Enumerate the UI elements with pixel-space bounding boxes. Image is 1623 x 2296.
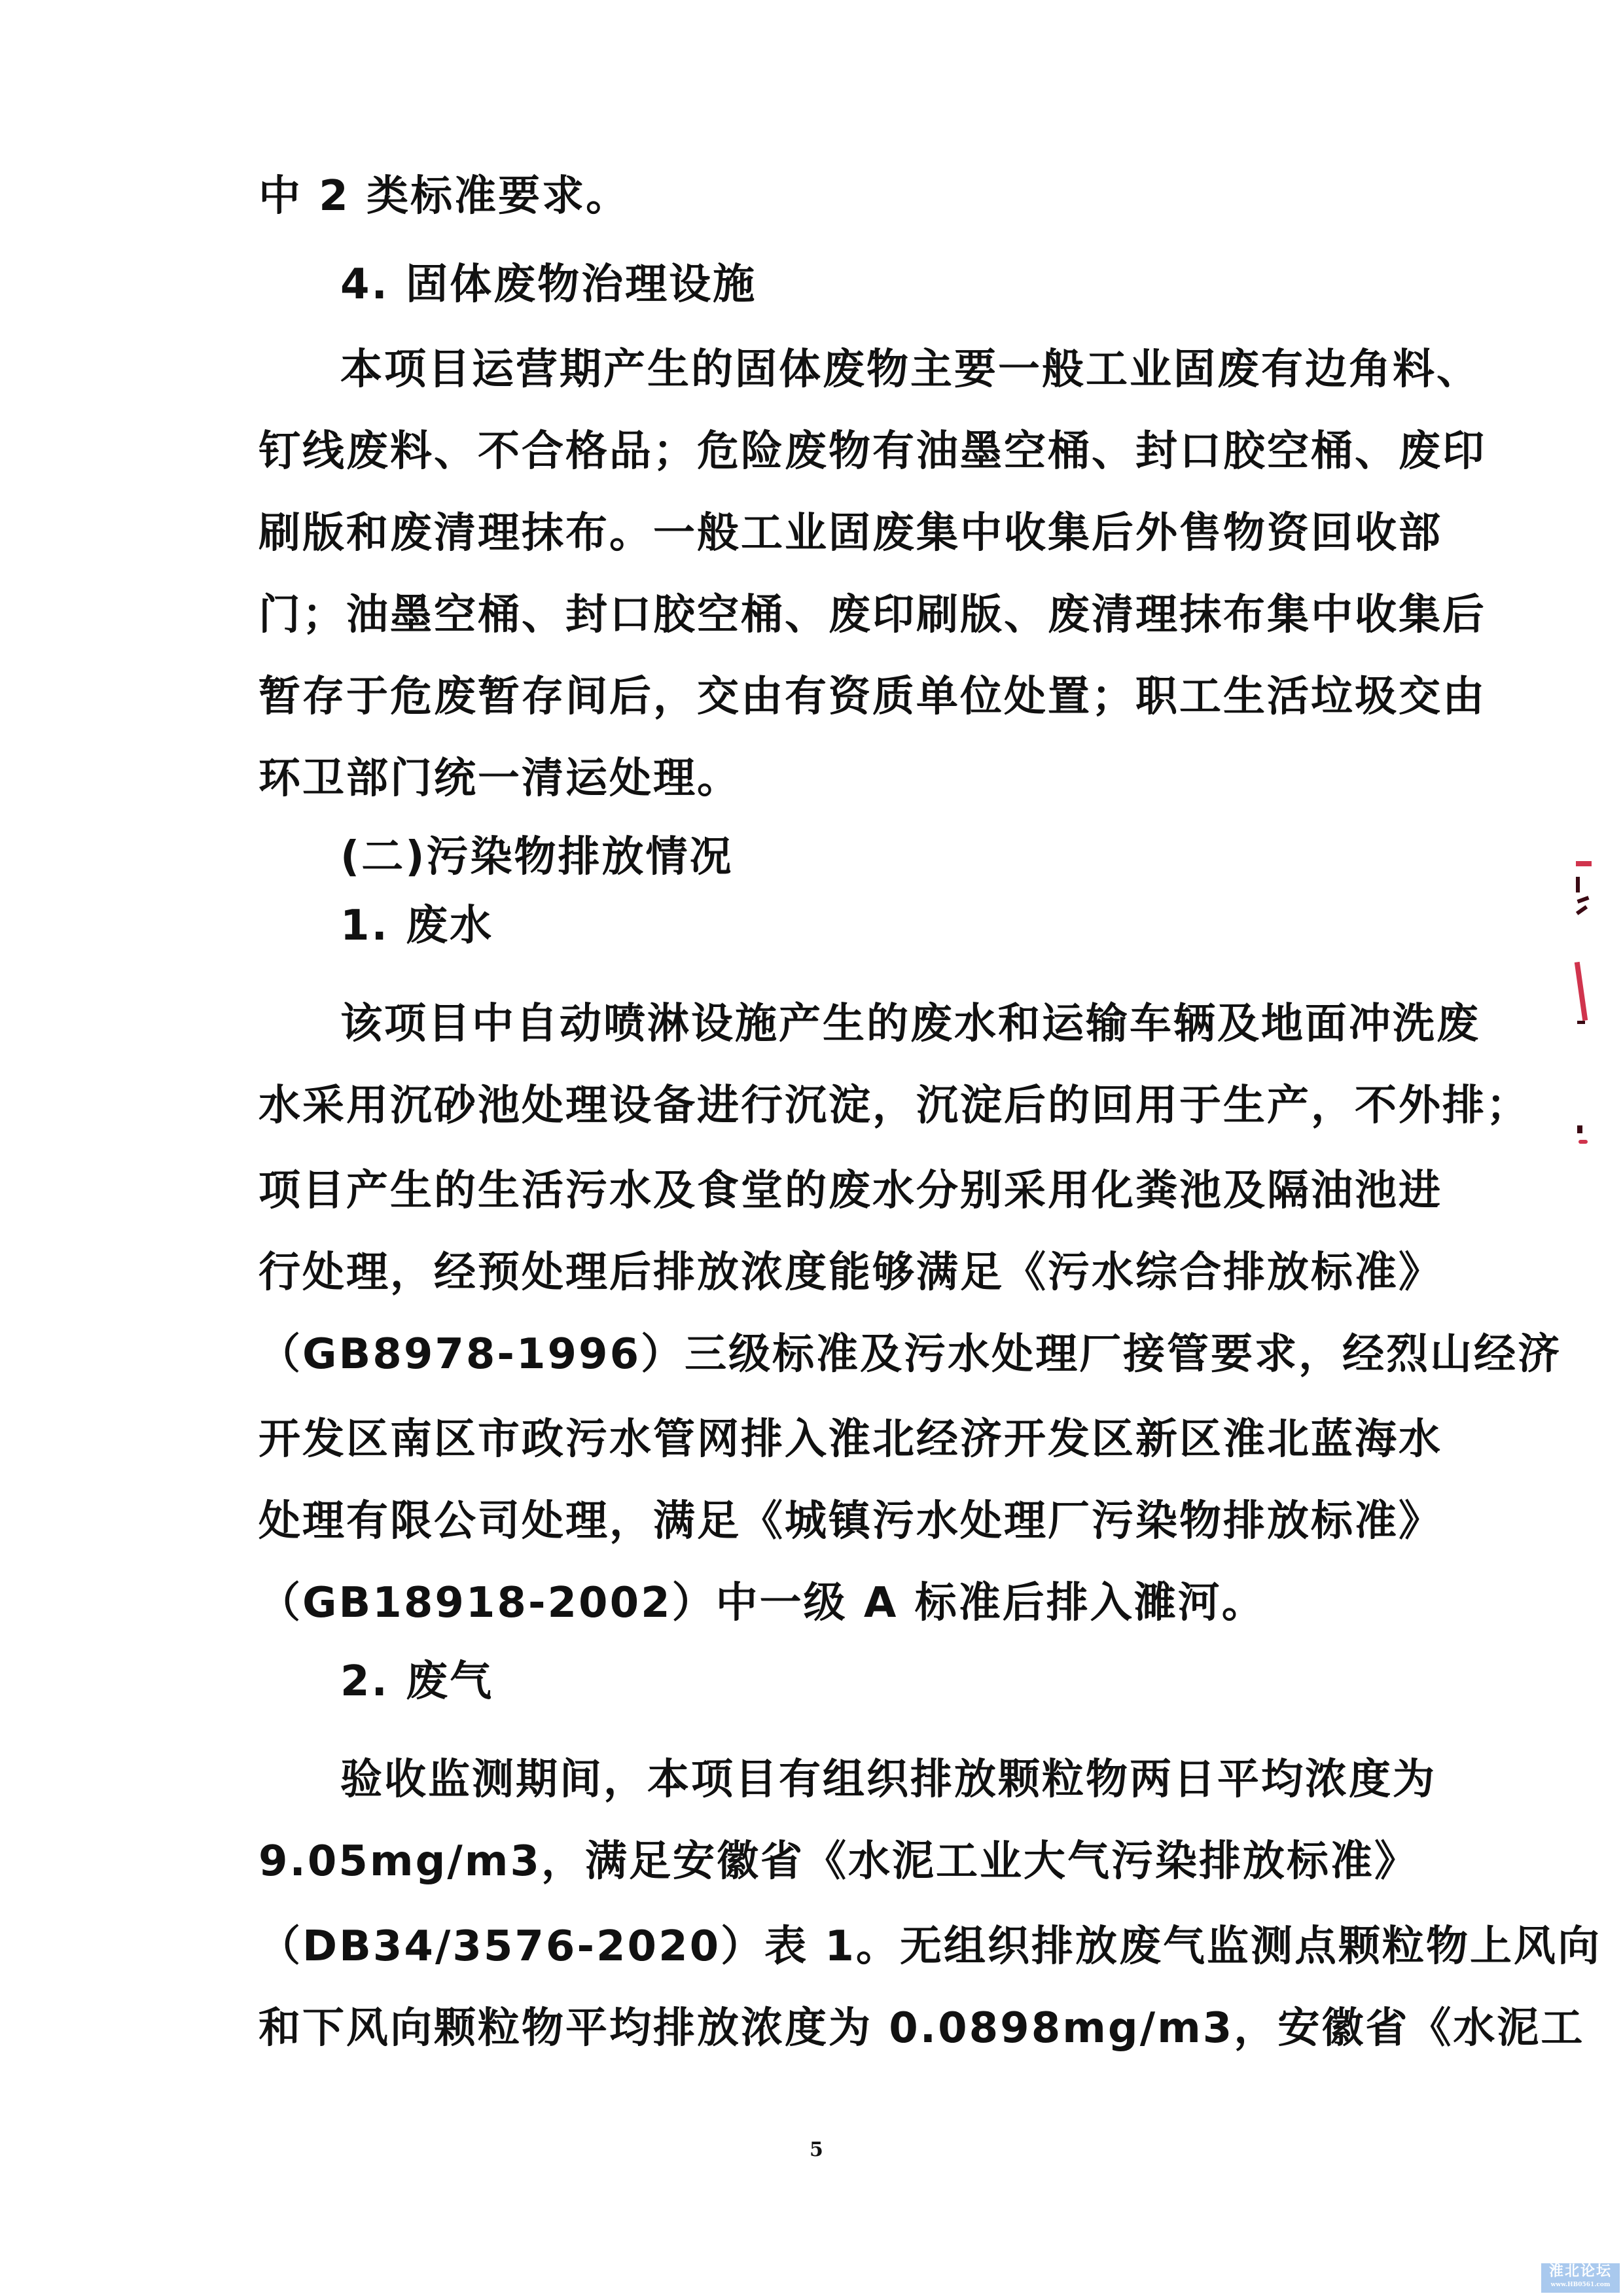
watermark-title: 淮北论坛: [1541, 2263, 1620, 2280]
text-line: （GB8978-1996）三级标准及污水处理厂接管要求，经烈山经济: [259, 1328, 1371, 1381]
text-line: 和下风向颗粒物平均排放浓度为 0.0898mg/m3，安徽省《水泥工: [259, 2002, 1371, 2055]
text-line: 行处理，经预处理后排放浓度能够满足《污水综合排放标准》: [259, 1246, 1371, 1299]
document-page: 中 2 类标准要求。 4. 固体废物治理设施 本项目运营期产生的固体废物主要一般…: [0, 0, 1623, 2296]
text-line: 处理有限公司处理，满足《城镇污水处理厂污染物排放标准》: [259, 1495, 1371, 1547]
page-number: 5: [810, 2138, 823, 2161]
text-line: （GB18918-2002）中一级 A 标准后排入濉河。: [259, 1577, 1266, 1629]
watermark-url: www.HB0561.com: [1541, 2280, 1620, 2289]
seal-stamp-fragment: [1569, 857, 1596, 1197]
text-line: 9.05mg/m3，满足安徽省《水泥工业大气污染排放标准》: [259, 1835, 1371, 1888]
section-heading: 4. 固体废物治理设施: [340, 258, 757, 311]
text-line: 门；油墨空桶、封口胶空桶、废印刷版、废清理抹布集中收集后: [259, 589, 1371, 641]
text-line: 水采用沉砂池处理设备进行沉淀，沉淀后的回用于生产，不外排；: [259, 1080, 1371, 1132]
text-line: 本项目运营期产生的固体废物主要一般工业固废有边角料、: [340, 344, 1371, 396]
text-line: 环卫部门统一清运处理。: [259, 752, 741, 805]
text-line: 开发区南区市政污水管网排入淮北经济开发区新区淮北蓝海水: [259, 1413, 1371, 1466]
text-line: 中 2 类标准要求。: [259, 170, 630, 222]
text-line: 项目产生的生活污水及食堂的废水分别采用化粪池及隔油池进: [259, 1165, 1371, 1217]
section-heading: (二)污染物排放情况: [340, 831, 734, 883]
forum-watermark: 淮北论坛 www.HB0561.com: [1541, 2263, 1620, 2293]
text-line: 暂存于危废暂存间后，交由有资质单位处置；职工生活垃圾交由: [259, 671, 1371, 723]
section-heading: 1. 废水: [340, 900, 493, 952]
text-line: 该项目中自动喷淋设施产生的废水和运输车辆及地面冲洗废: [340, 998, 1371, 1050]
text-line: 刷版和废清理抹布。一般工业固废集中收集后外售物资回收部: [259, 507, 1371, 559]
section-heading: 2. 废气: [340, 1655, 493, 1708]
text-line: 钉线废料、不合格品；危险废物有油墨空桶、封口胶空桶、废印: [259, 425, 1371, 478]
text-line: 验收监测期间，本项目有组织排放颗粒物两日平均浓度为: [340, 1754, 1371, 1806]
text-line: （DB34/3576-2020）表 1。无组织排放废气监测点颗粒物上风向: [259, 1920, 1371, 1973]
